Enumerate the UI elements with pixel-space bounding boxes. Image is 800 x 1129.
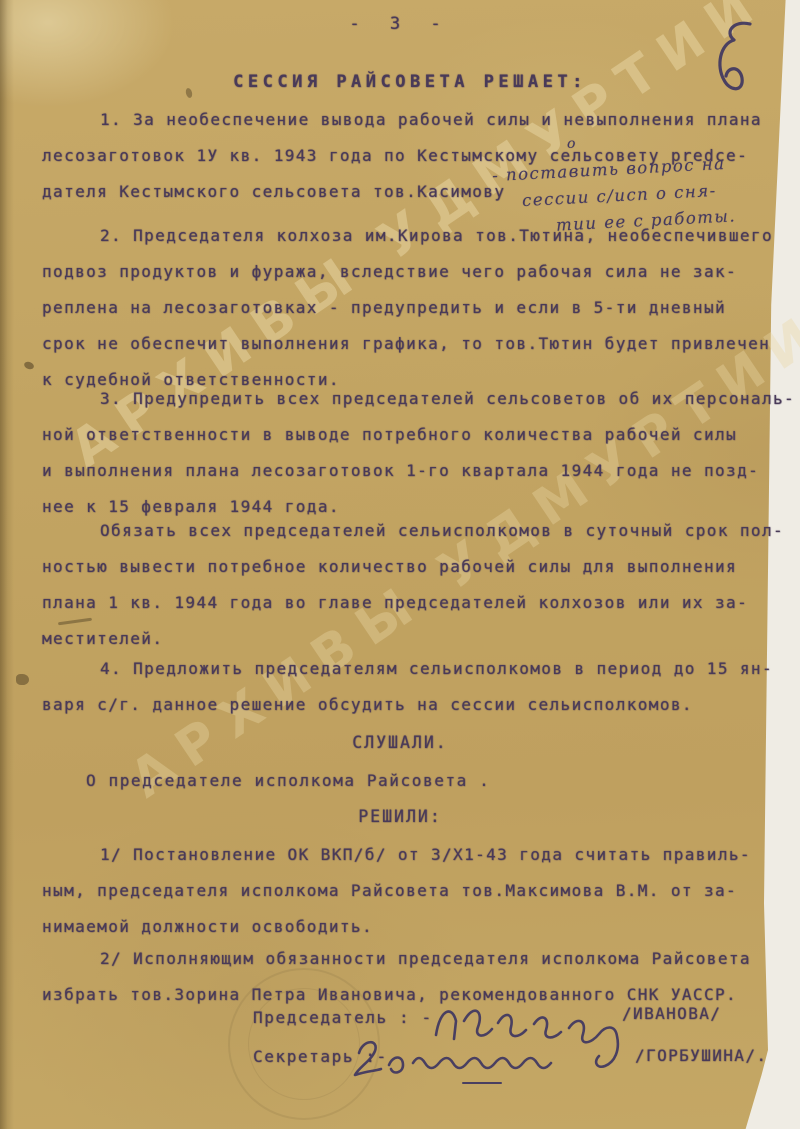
paragraph-4-line: варя с/г. данное решение обсудить на сес… xyxy=(42,687,782,723)
paragraph-4: 4. Предложить председателям сельисполком… xyxy=(42,651,782,723)
paragraph-obligate: Обязать всех председателей сельисполкомо… xyxy=(42,513,782,657)
paragraph-1-line: 1. За необеспечение вывода рабочей силы … xyxy=(42,102,782,138)
page-number: - 3 - xyxy=(0,14,800,34)
paragraph-obligate-line: ностью вывести потребное количество рабо… xyxy=(42,549,782,585)
handwritten-inserted-letter: о xyxy=(567,136,575,152)
paragraph-2-line: 2. Председателя колхоза им.Кирова тов.Тю… xyxy=(42,218,782,254)
paragraph-3-line: 3. Предупредить всех председателей сельс… xyxy=(42,381,782,417)
document-title: СЕССИЯ РАЙСОВЕТА РЕШАЕТ: xyxy=(0,72,800,92)
ink-smudge xyxy=(16,674,29,685)
slushali-heading: СЛУШАЛИ. xyxy=(0,733,800,752)
paragraph-4-line: 4. Предложить председателям сельисполком… xyxy=(42,651,782,687)
paragraph-3-line: и выполнения плана лесозаготовок 1-го кв… xyxy=(42,453,782,489)
paragraph-2-line: срок не обеспечит выполнения графика, то… xyxy=(42,326,782,362)
secretary-handwritten-signature xyxy=(345,1035,605,1090)
resolution-2: 2/ Исполняющим обязанности председателя … xyxy=(42,941,782,1013)
agenda-item: О председателе исполкома Райсовета . xyxy=(86,771,490,790)
paragraph-3-line: ной ответственности в выводе потребного … xyxy=(42,417,782,453)
resolution-1-line: ным, председателя исполкома Райсовета то… xyxy=(42,873,782,909)
resolution-1-line: 1/ Постановление ОК ВКП/б/ от 3/Х1-43 го… xyxy=(42,837,782,873)
resolution-2-line: 2/ Исполняющим обязанности председателя … xyxy=(42,941,782,977)
resolution-1: 1/ Постановление ОК ВКП/б/ от 3/Х1-43 го… xyxy=(42,837,782,945)
reshili-heading: РЕШИЛИ: xyxy=(0,807,800,826)
paragraph-obligate-line: Обязать всех председателей сельисполкомо… xyxy=(42,513,782,549)
paragraph-2-line: реплена на лесозаготовках - предупредить… xyxy=(42,290,782,326)
paragraph-3: 3. Предупредить всех председателей сельс… xyxy=(42,381,782,525)
paragraph-2-line: подвоз продуктов и фуража, вследствие че… xyxy=(42,254,782,290)
chairman-typed-name: /ИВАНОВА/ xyxy=(622,1004,721,1023)
resolution-1-line: нимаемой должности освободить. xyxy=(42,909,782,945)
paragraph-2: 2. Председателя колхоза им.Кирова тов.Тю… xyxy=(42,218,782,398)
stamp-inner-ring xyxy=(248,988,360,1100)
secretary-typed-name: /ГОРБУШИНА/. xyxy=(635,1046,767,1065)
paper-left-edge-shadow xyxy=(0,0,14,1129)
handwritten-corner-mark-5 xyxy=(708,18,768,108)
paragraph-obligate-line: плана 1 кв. 1944 года во главе председат… xyxy=(42,585,782,621)
chairman-label: Председатель : - xyxy=(253,1008,433,1027)
